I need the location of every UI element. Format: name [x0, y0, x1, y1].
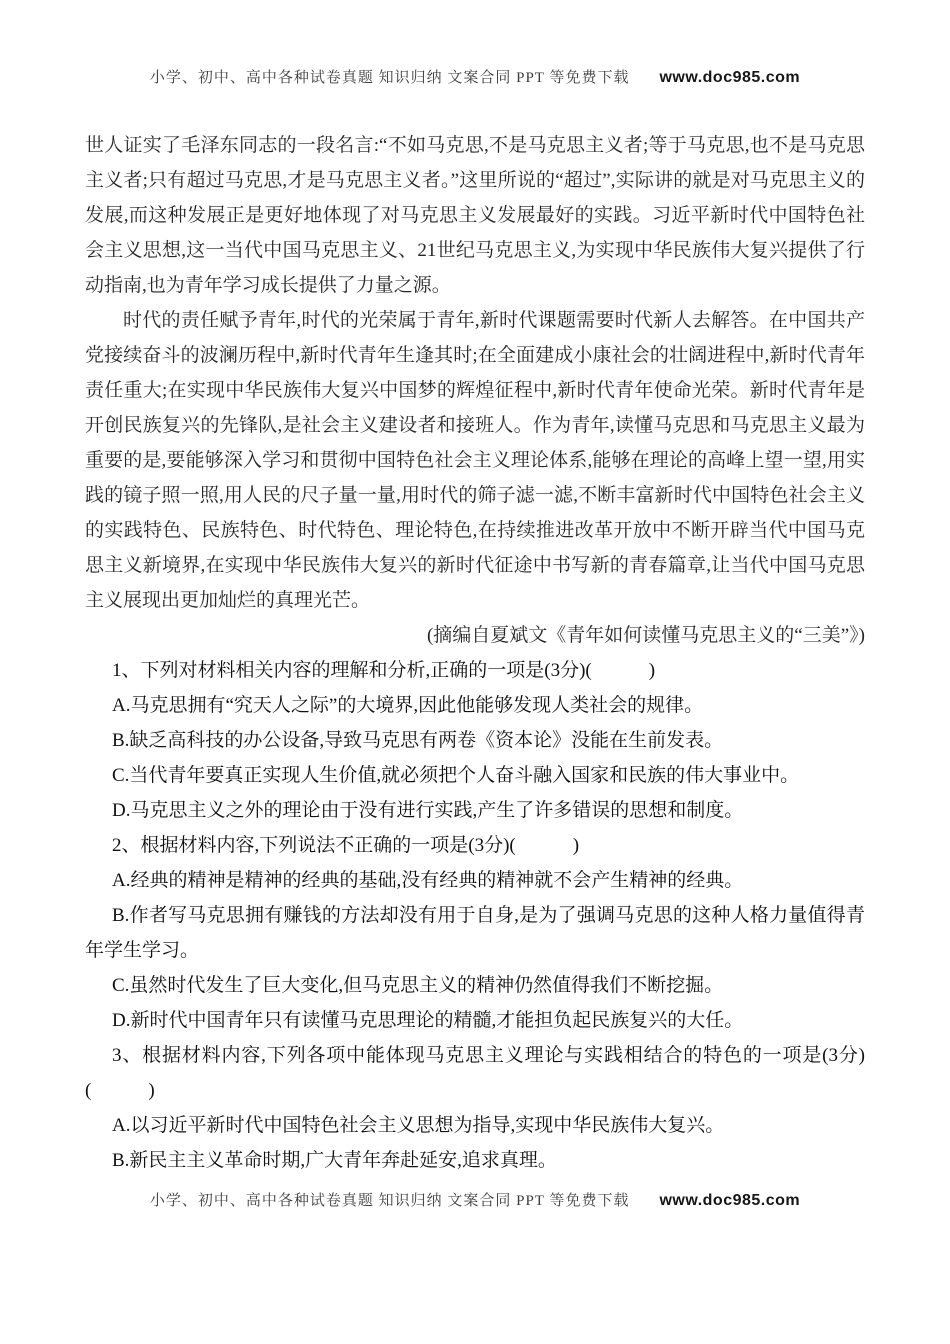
passage-attribution: (摘编自夏斌文《青年如何读懂马克思主义的“三美”》) [85, 618, 865, 653]
page-header-banner: 小学、初中、高中各种试卷真题 知识归纳 文案合同 PPT 等免费下载www.do… [85, 66, 865, 87]
question-1-option-c: C.当代青年要真正实现人生价值,就必须把个人奋斗融入国家和民族的伟大事业中。 [85, 758, 865, 793]
question-3-stem: 3、根据材料内容,下列各项中能体现马克思主义理论与实践相结合的特色的一项是(3分… [85, 1038, 865, 1108]
question-1-option-d: D.马克思主义之外的理论由于没有进行实践,产生了许多错误的思想和制度。 [85, 793, 865, 828]
footer-banner-text: 小学、初中、高中各种试卷真题 知识归纳 文案合同 PPT 等免费下载 [150, 1193, 630, 1209]
question-2-option-d: D.新时代中国青年只有读懂马克思理论的精髓,才能担负起民族复兴的大任。 [85, 1003, 865, 1038]
question-1-option-a: A.马克思拥有“究天人之际”的大境界,因此他能够发现人类社会的规律。 [85, 688, 865, 723]
exam-paper-page: 小学、初中、高中各种试卷真题 知识归纳 文案合同 PPT 等免费下载www.do… [0, 0, 950, 1344]
header-banner-text: 小学、初中、高中各种试卷真题 知识归纳 文案合同 PPT 等免费下载 [150, 70, 630, 86]
question-3-option-a: A.以习近平新时代中国特色社会主义思想为指导,实现中华民族伟大复兴。 [85, 1108, 865, 1143]
question-1-stem: 1、下列对材料相关内容的理解和分析,正确的一项是(3分)( ) [85, 653, 865, 688]
question-3-option-b: B.新民主主义革命时期,广大青年奔赴延安,追求真理。 [85, 1143, 865, 1178]
header-site-url[interactable]: www.doc985.com [659, 69, 800, 86]
question-1-option-b: B.缺乏高科技的办公设备,导致马克思有两卷《资本论》没能在生前发表。 [85, 723, 865, 758]
question-2-option-a: A.经典的精神是精神的经典的基础,没有经典的精神就不会产生精神的经典。 [85, 863, 865, 898]
question-2-stem: 2、根据材料内容,下列说法不正确的一项是(3分)( ) [85, 828, 865, 863]
passage-paragraph-1: 世人证实了毛泽东同志的一段名言:“不如马克思,不是马克思主义者;等于马克思,也不… [85, 128, 865, 303]
question-2-option-c: C.虽然时代发生了巨大变化,但马克思主义的精神仍然值得我们不断挖掘。 [85, 968, 865, 1003]
passage-paragraph-2: 时代的责任赋予青年,时代的光荣属于青年,新时代课题需要时代新人去解答。在中国共产… [85, 303, 865, 618]
question-3: 3、根据材料内容,下列各项中能体现马克思主义理论与实践相结合的特色的一项是(3分… [85, 1038, 865, 1178]
page-footer-banner: 小学、初中、高中各种试卷真题 知识归纳 文案合同 PPT 等免费下载www.do… [85, 1189, 865, 1210]
question-1: 1、下列对材料相关内容的理解和分析,正确的一项是(3分)( ) A.马克思拥有“… [85, 653, 865, 828]
question-2-option-b: B.作者写马克思拥有赚钱的方法却没有用于自身,是为了强调马克思的这种人格力量值得… [85, 898, 865, 968]
document-body: 世人证实了毛泽东同志的一段名言:“不如马克思,不是马克思主义者;等于马克思,也不… [85, 128, 865, 1178]
question-2: 2、根据材料内容,下列说法不正确的一项是(3分)( ) A.经典的精神是精神的经… [85, 828, 865, 1038]
footer-site-url[interactable]: www.doc985.com [659, 1192, 800, 1209]
